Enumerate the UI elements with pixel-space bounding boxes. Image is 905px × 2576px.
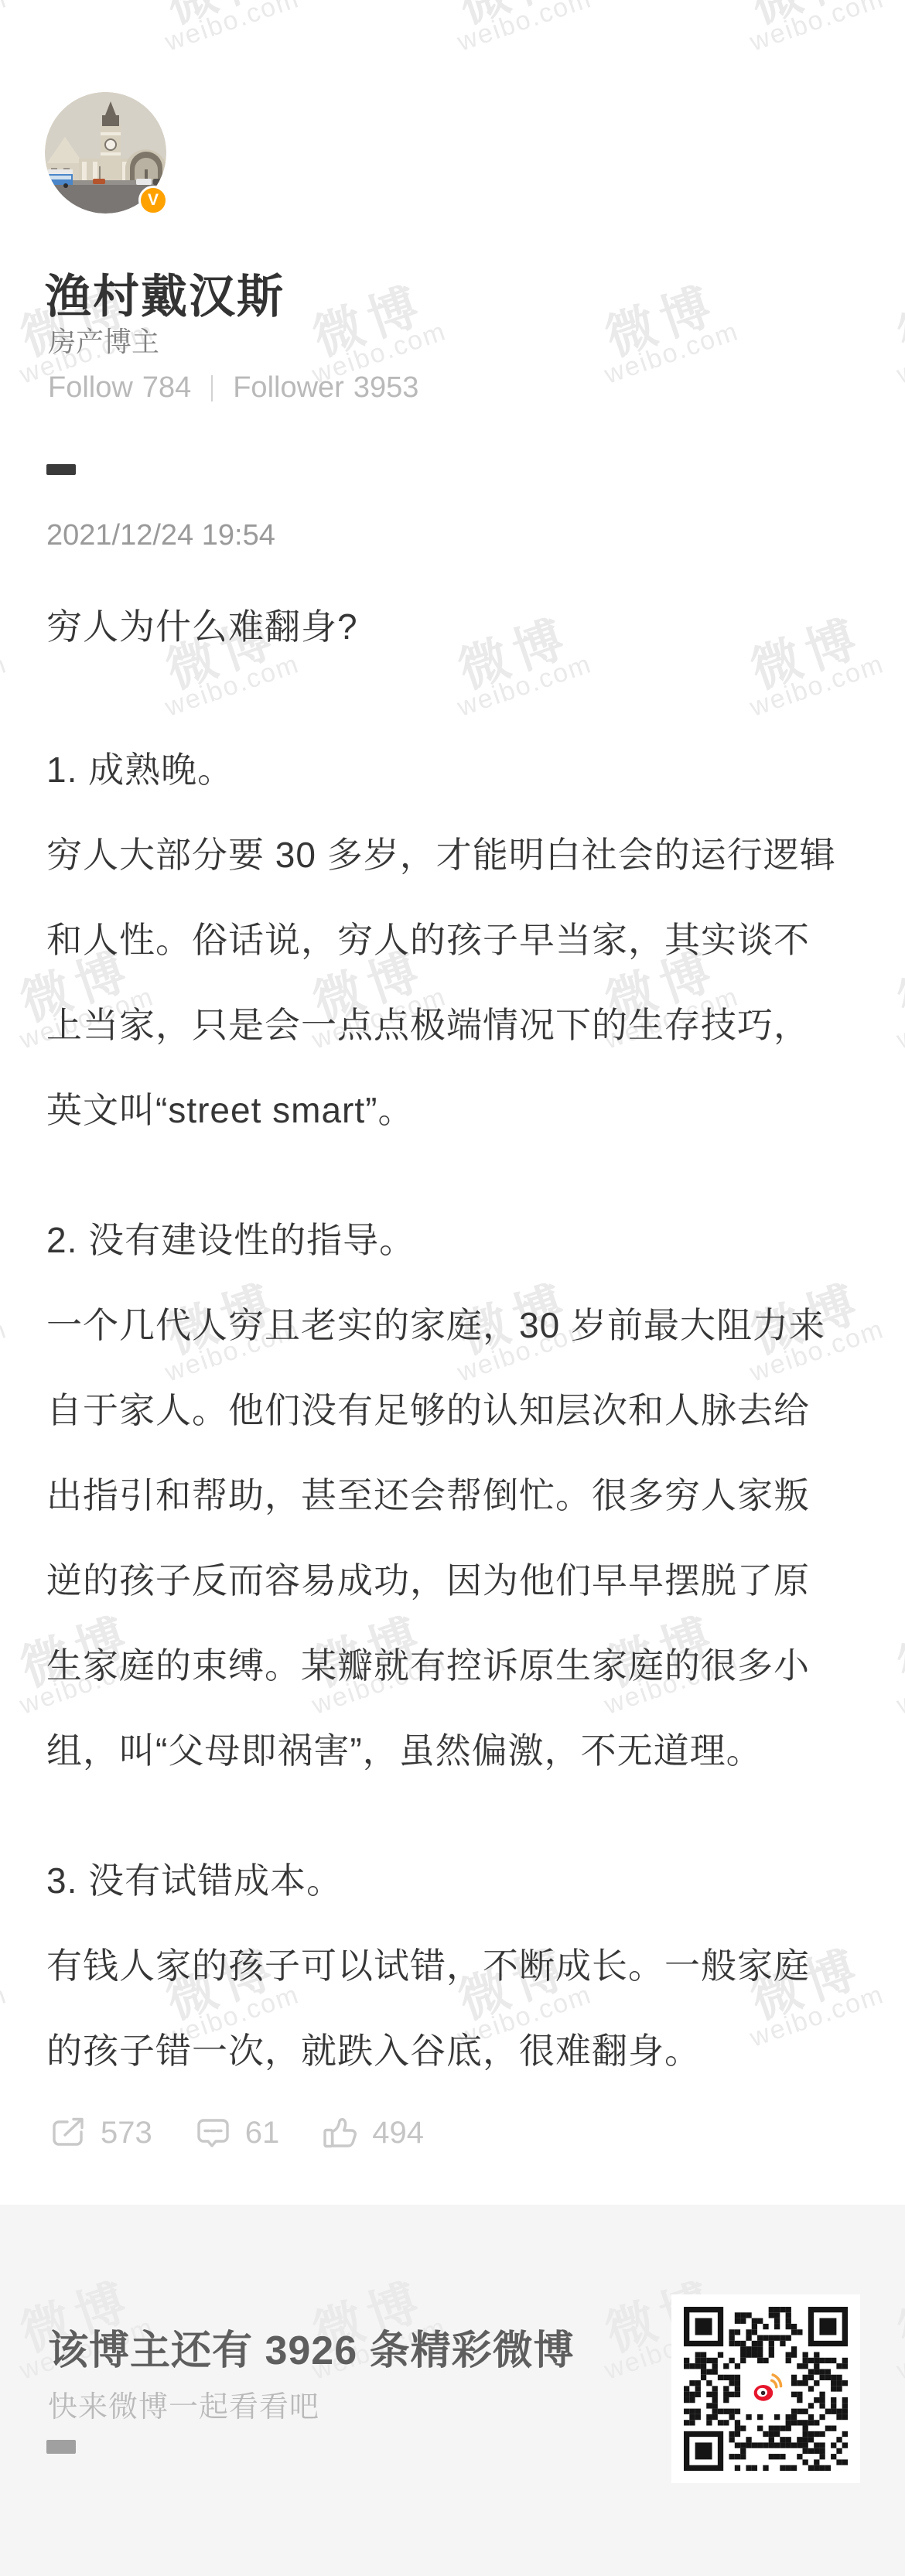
qr-code-card: [671, 2294, 860, 2483]
watermark: 微博weibo.com: [452, 0, 595, 51]
footer-subline: 快来微博一起看看吧: [48, 2383, 319, 2425]
user-role: 房产博主: [48, 320, 159, 360]
repost-count: 573: [101, 2116, 152, 2151]
post-section-3: 3. 没有试错成本。 有钱人家的孩子可以试错，不断成长。一般家庭 的孩子错一次，…: [46, 1838, 859, 2093]
thumbs-up-icon: [321, 2115, 358, 2151]
post-section-2: 2. 没有建设性的指导。 一个几代人穷且老实的家庭，30 岁前最大阻力来 自于家…: [46, 1197, 859, 1793]
like-count: 494: [372, 2116, 424, 2151]
qr-code: [684, 2307, 848, 2471]
comment-button[interactable]: 61: [194, 2115, 280, 2151]
post-content: 2021/12/24 19:54 穷人为什么难翻身? 1. 成熟晚。 穷人大部分…: [46, 517, 859, 2093]
verified-badge-icon: V: [138, 186, 168, 215]
follower-count: 3953: [353, 371, 419, 405]
weibo-logo-icon: [744, 2367, 787, 2410]
watermark: 微博weibo.com: [0, 1939, 10, 2047]
watermark: 微博weibo.com: [0, 1273, 10, 1382]
comment-icon: [194, 2115, 231, 2151]
watermark: 微博weibo.com: [892, 275, 905, 384]
follow-count: 784: [142, 371, 191, 405]
post-title: 穷人为什么难翻身?: [46, 603, 859, 650]
follower-label: Follower: [233, 371, 344, 405]
repost-icon: [50, 2115, 87, 2151]
user-name[interactable]: 渔村戴汉斯: [45, 260, 285, 326]
watermark: 微博weibo.com: [0, 0, 10, 51]
watermark: 微博weibo.com: [892, 941, 905, 1049]
follow-stats-row: Follow 784 Follower 3953: [48, 371, 418, 405]
post-date: 2021/12/24 19:54: [46, 517, 859, 554]
watermark: 微博weibo.com: [892, 1606, 905, 1714]
vertical-divider: [211, 375, 213, 401]
watermark: 微博weibo.com: [599, 275, 742, 384]
profile-divider-dash: [46, 464, 76, 475]
repost-button[interactable]: 573: [50, 2115, 152, 2151]
footer-headline: 该博主还有 3926 条精彩微博: [48, 2318, 575, 2376]
footer-divider-dash: [46, 2440, 76, 2454]
watermark: 微博weibo.com: [0, 608, 10, 716]
watermark: 微博weibo.com: [160, 0, 302, 51]
follow-label: Follow: [48, 371, 133, 405]
weibo-share-page: 微博weibo.com微博weibo.com微博weibo.com微博weibo…: [0, 0, 905, 2576]
avatar[interactable]: V: [45, 92, 166, 214]
like-button[interactable]: 494: [321, 2115, 424, 2151]
post-action-bar: 573 61 494: [50, 2115, 424, 2151]
comment-count: 61: [245, 2116, 280, 2151]
watermark: 微博weibo.com: [745, 0, 887, 51]
post-section-1: 1. 成熟晚。 穷人大部分要 30 多岁，才能明白社会的运行逻辑 和人性。俗话说…: [46, 727, 859, 1153]
watermark: 微博weibo.com: [307, 275, 449, 384]
